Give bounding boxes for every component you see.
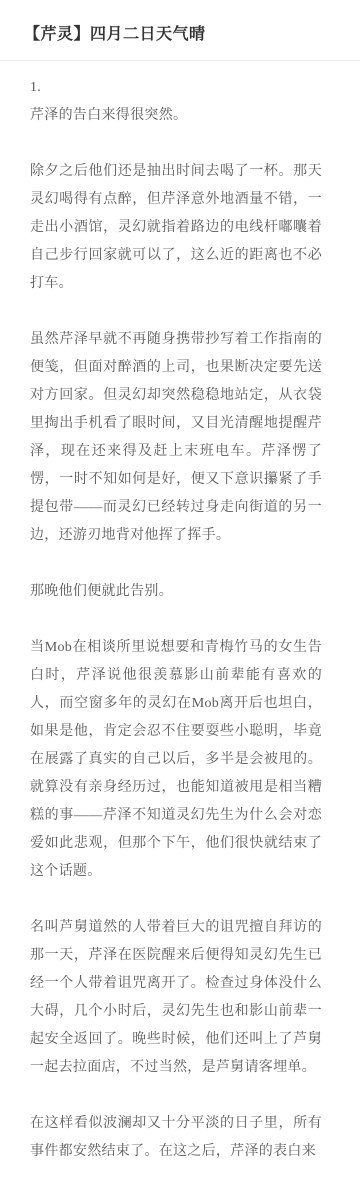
story-paragraph: 虽然芹泽早就不再随身携带抄写着工作指南的便笺，但面对醉酒的上司，也果断决定要先送… [30,326,322,550]
story-paragraph: 那晚他们便就此告别。 [30,578,322,606]
post-header: 【芹灵】四月二日天气晴 [0,0,360,61]
story-paragraph: 除夕之后他们还是抽出时间去喝了一杯。那天灵幻喝得有点醉，但芹泽意外地酒量不错，一… [30,158,322,298]
story-content[interactable]: 1. 芹泽的告白来得很突然。 除夕之后他们还是抽出时间去喝了一杯。那天灵幻喝得有… [0,61,360,1166]
reader-page: 【芹灵】四月二日天气晴 1. 芹泽的告白来得很突然。 除夕之后他们还是抽出时间去… [0,0,360,1200]
post-title: 【芹灵】四月二日天气晴 [24,25,330,45]
story-paragraph: 在这样看似波澜却又十分平淡的日子里，所有事件都安然结束了。在这之后，芹泽的表白来 [30,1110,322,1166]
story-paragraph: 当Mob在相谈所里说想要和青梅竹马的女生告白时，芹泽说他很羡慕影山前辈能有喜欢的… [30,634,322,886]
story-paragraph: 1. 芹泽的告白来得很突然。 [30,74,322,130]
story-paragraph: 名叫芦舅道然的人带着巨大的诅咒擅自拜访的那一天，芹泽在医院醒来后便得知灵幻先生已… [30,914,322,1082]
